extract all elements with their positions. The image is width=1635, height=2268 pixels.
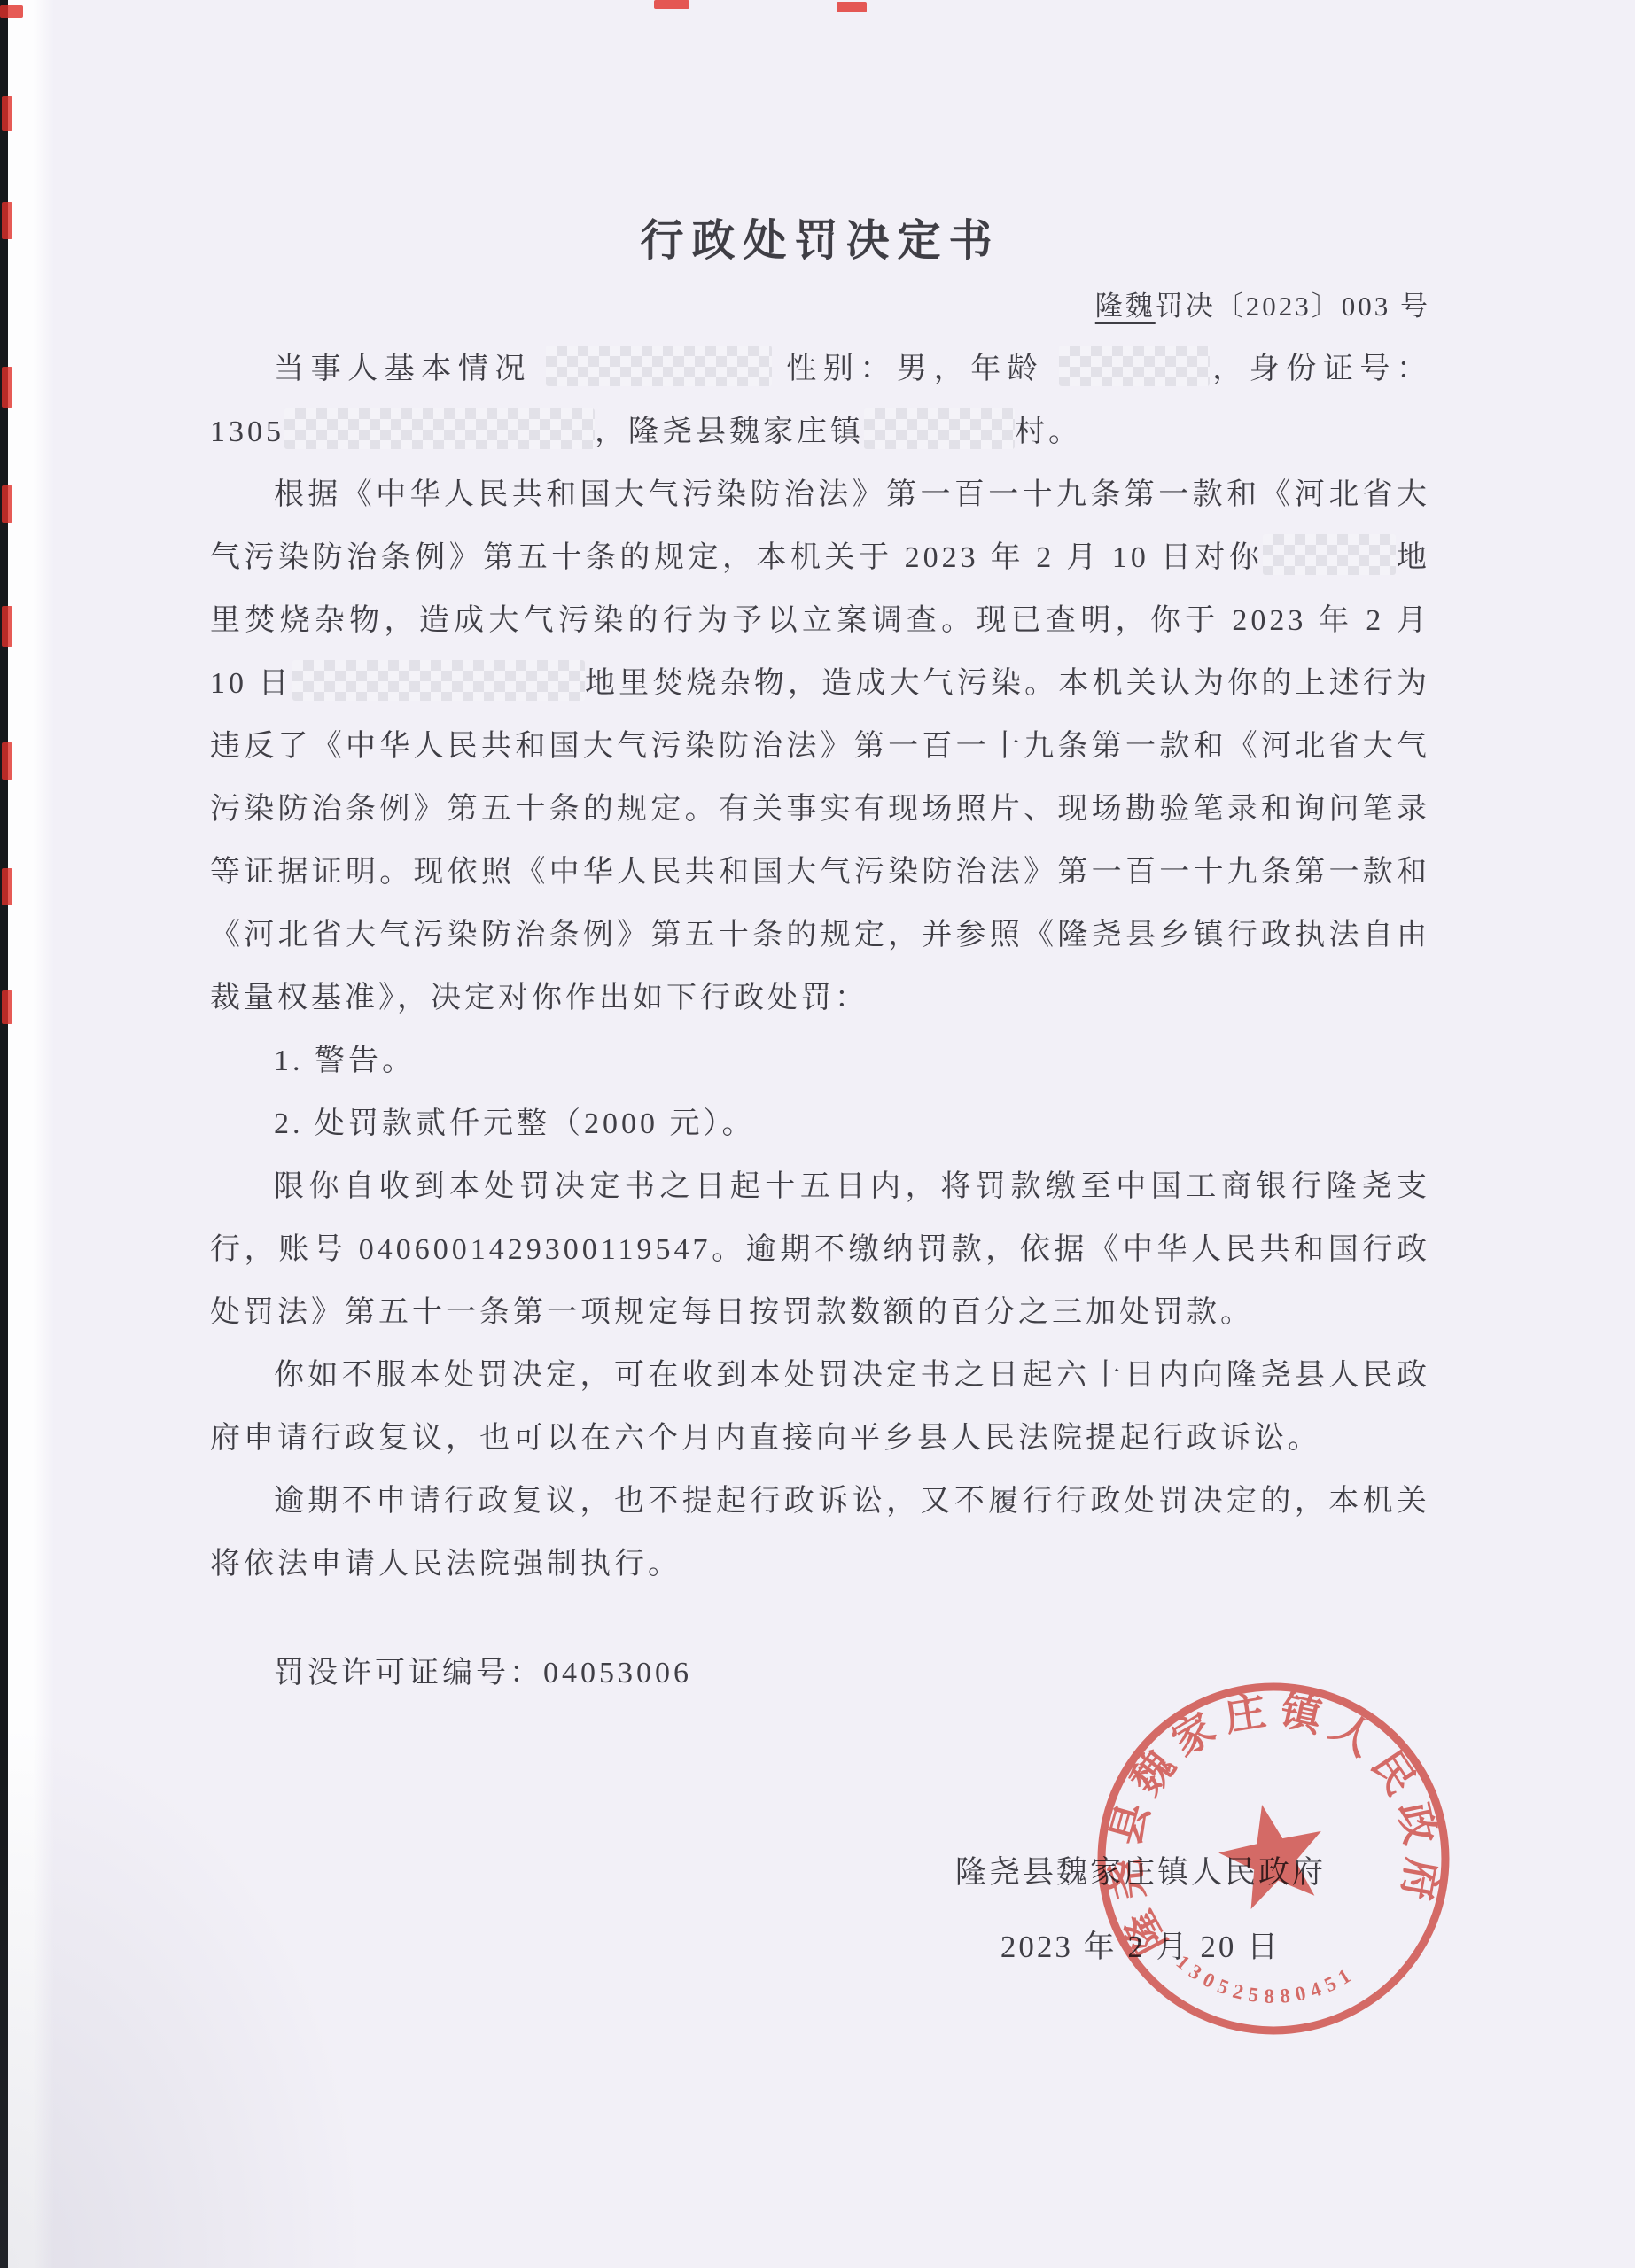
body-paragraph: 当事人基本情况 性别：男，年龄 ，身份证号：1305，隆尧县魏家庄镇村。 <box>210 338 1430 463</box>
red-scan-artifact <box>2 202 12 239</box>
red-scan-artifact <box>654 0 689 9</box>
page-bend-shadow <box>0 1719 372 2268</box>
body-text: 逾期不申请行政复议，也不提起行政诉讼，又不履行行政处罚决定的，本机关将依法申请人… <box>210 1485 1430 1581</box>
body-paragraph: 1. 警告。 <box>210 1029 1430 1092</box>
body-text: 当事人基本情况 <box>274 353 546 385</box>
redaction-box <box>546 346 772 386</box>
redaction-box <box>864 408 1015 449</box>
scanned-document-page: 行政处罚决定书 隆魏罚决〔2023〕003 号 当事人基本情况 性别：男，年龄 … <box>0 0 1635 2268</box>
official-seal-stamp: 隆尧县魏家庄镇人民政府 130525880451 <box>1055 1641 1491 2076</box>
red-scan-artifact <box>2 868 12 905</box>
body-text: ，隆尧县魏家庄镇 <box>595 416 864 448</box>
body-text: 罚没许可证编号：04053006 <box>274 1657 692 1689</box>
body-text: 限你自收到本处罚决定书之日起十五日内，将罚款缴至中国工商银行隆尧支行，账号 04… <box>210 1170 1430 1329</box>
body-text: 2. 处罚款贰仟元整（2000 元）。 <box>274 1107 756 1140</box>
body-text: 性别：男，年龄 <box>772 353 1058 385</box>
document-number: 隆魏罚决〔2023〕003 号 <box>210 283 1434 323</box>
redaction-box <box>1263 534 1396 575</box>
red-scan-artifact <box>2 96 12 131</box>
red-scan-artifact <box>2 606 12 647</box>
document-number-rest: 罚决〔2023〕003 号 <box>1156 291 1430 322</box>
redaction-box <box>1059 346 1210 386</box>
document-title: 行政处罚决定书 <box>210 206 1430 268</box>
body-paragraph: 2. 处罚款贰仟元整（2000 元）。 <box>210 1092 1430 1155</box>
redaction-box <box>284 408 595 449</box>
body-text: 根据《中华人民共和国大气污染防治法》第一百一十九条第一款和《河北省大气污染防治条… <box>210 478 1430 574</box>
body-text: 你如不服本处罚决定，可在收到本处罚决定书之日起六十日内向隆尧县人民政府申请行政复… <box>210 1359 1430 1455</box>
body-text: 地里焚烧杂物，造成大气污染。本机关认为你的上述行为违反了《中华人民共和国大气污染… <box>210 667 1430 1014</box>
body-paragraph: 根据《中华人民共和国大气污染防治法》第一百一十九条第一款和《河北省大气污染防治条… <box>210 463 1430 1029</box>
document-number-underlined: 隆魏 <box>1095 291 1156 322</box>
body-paragraph: 限你自收到本处罚决定书之日起十五日内，将罚款缴至中国工商银行隆尧支行，账号 04… <box>210 1155 1430 1344</box>
red-scan-artifact <box>2 367 12 408</box>
red-scan-artifact <box>2 990 12 1024</box>
document-body: 当事人基本情况 性别：男，年龄 ，身份证号：1305，隆尧县魏家庄镇村。根据《中… <box>210 338 1430 1705</box>
body-paragraph: 逾期不申请行政复议，也不提起行政诉讼，又不履行行政处罚决定的，本机关将依法申请人… <box>210 1470 1430 1596</box>
red-scan-artifact <box>2 742 12 780</box>
body-paragraph: 你如不服本处罚决定，可在收到本处罚决定书之日起六十日内向隆尧县人民政府申请行政复… <box>210 1344 1430 1470</box>
red-scan-artifact <box>2 485 12 523</box>
red-scan-artifact <box>837 2 867 12</box>
body-text: 1. 警告。 <box>274 1045 416 1077</box>
red-scan-artifact <box>0 5 23 18</box>
redaction-box <box>292 660 585 701</box>
seal-star-icon <box>1211 1794 1334 1914</box>
body-text: 村。 <box>1015 416 1082 448</box>
